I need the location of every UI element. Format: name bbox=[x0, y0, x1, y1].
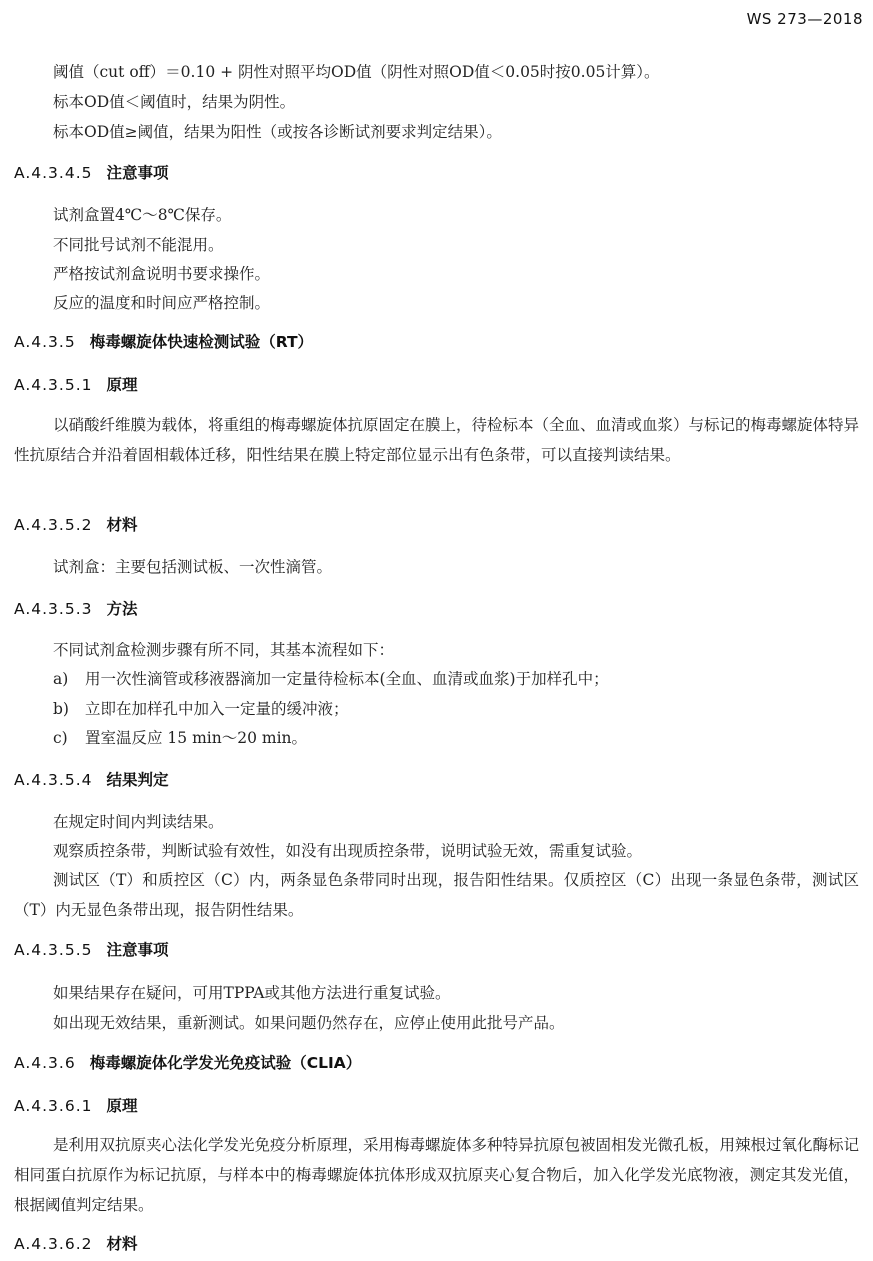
section-number: A.4.3.6.1 bbox=[14, 1097, 93, 1115]
result-line: 在规定时间内判读结果。 bbox=[53, 812, 224, 832]
step-marker: a) bbox=[53, 669, 85, 689]
section-title: 结果判定 bbox=[107, 771, 169, 789]
note-line: 严格按试剂盒说明书要求操作。 bbox=[53, 264, 270, 284]
section-number: A.4.3.5.4 bbox=[14, 771, 93, 789]
section-number: A.4.3.5.1 bbox=[14, 376, 93, 394]
section-title: 梅毒螺旋体快速检测试验（RT） bbox=[90, 333, 313, 351]
note-line: 试剂盒置4℃～8℃保存。 bbox=[53, 205, 231, 225]
section-number: A.4.3.5.5 bbox=[14, 941, 93, 959]
section-heading-a4354: A.4.3.5.4结果判定 bbox=[14, 770, 169, 790]
section-title: 材料 bbox=[107, 516, 138, 534]
cutoff-formula-line: 阈值（cut off）＝0.10 + 阴性对照平均OD值（阴性对照OD值＜0.0… bbox=[53, 62, 660, 82]
section-number: A.4.3.4.5 bbox=[14, 164, 93, 182]
section-number: A.4.3.5.2 bbox=[14, 516, 93, 534]
result-paragraph: 测试区（T）和质控区（C）内，两条显色条带同时出现，报告阳性结果。仅质控区（C）… bbox=[14, 865, 859, 925]
section-title: 原理 bbox=[107, 1097, 138, 1115]
section-heading-a4362: A.4.3.6.2材料 bbox=[14, 1234, 138, 1254]
step-text: 立即在加样孔中加入一定量的缓冲液； bbox=[85, 700, 349, 718]
method-intro: 不同试剂盒检测步骤有所不同，其基本流程如下： bbox=[53, 640, 394, 660]
materials-line: 试剂盒：主要包括测试板、一次性滴管。 bbox=[53, 557, 332, 577]
section-number: A.4.3.6.2 bbox=[14, 1235, 93, 1253]
positive-result-line: 标本OD值≥阈值，结果为阳性（或按各诊断试剂要求判定结果）。 bbox=[53, 122, 502, 142]
section-heading-a4351: A.4.3.5.1原理 bbox=[14, 375, 138, 395]
section-heading-a435: A.4.3.5梅毒螺旋体快速检测试验（RT） bbox=[14, 332, 313, 352]
section-heading-a436: A.4.3.6梅毒螺旋体化学发光免疫试验（CLIA） bbox=[14, 1053, 361, 1073]
principle-paragraph: 是利用双抗原夹心法化学发光免疫分析原理，采用梅毒螺旋体多种特异抗原包被固相发光微… bbox=[14, 1130, 859, 1220]
section-number: A.4.3.6 bbox=[14, 1054, 76, 1072]
step-marker: c) bbox=[53, 728, 85, 748]
section-title: 梅毒螺旋体化学发光免疫试验（CLIA） bbox=[90, 1054, 362, 1072]
result-line: 观察质控条带，判断试验有效性，如没有出现质控条带，说明试验无效，需重复试验。 bbox=[53, 841, 642, 861]
section-heading-a4345: A.4.3.4.5注意事项 bbox=[14, 163, 169, 183]
method-step: a)用一次性滴管或移液器滴加一定量待检标本(全血、血清或血浆)于加样孔中； bbox=[53, 669, 609, 689]
section-title: 注意事项 bbox=[107, 941, 169, 959]
note-line: 反应的温度和时间应严格控制。 bbox=[53, 293, 270, 313]
section-title: 方法 bbox=[107, 600, 138, 618]
section-number: A.4.3.5 bbox=[14, 333, 76, 351]
section-heading-a4352: A.4.3.5.2材料 bbox=[14, 515, 138, 535]
standard-code: WS 273—2018 bbox=[747, 10, 863, 28]
section-number: A.4.3.5.3 bbox=[14, 600, 93, 618]
note-line: 不同批号试剂不能混用。 bbox=[53, 235, 224, 255]
negative-result-line: 标本OD值＜阈值时，结果为阴性。 bbox=[53, 92, 295, 112]
section-heading-a4361: A.4.3.6.1原理 bbox=[14, 1096, 138, 1116]
note-line: 如出现无效结果，重新测试。如果问题仍然存在，应停止使用此批号产品。 bbox=[53, 1013, 565, 1033]
section-title: 原理 bbox=[107, 376, 138, 394]
section-title: 注意事项 bbox=[107, 164, 169, 182]
step-text: 置室温反应 15 min～20 min。 bbox=[85, 729, 307, 747]
step-marker: b) bbox=[53, 699, 85, 719]
section-title: 材料 bbox=[107, 1235, 138, 1253]
note-line: 如果结果存在疑问，可用TPPA或其他方法进行重复试验。 bbox=[53, 983, 450, 1003]
method-step: b)立即在加样孔中加入一定量的缓冲液； bbox=[53, 699, 349, 719]
method-step: c)置室温反应 15 min～20 min。 bbox=[53, 728, 307, 748]
section-heading-a4355: A.4.3.5.5注意事项 bbox=[14, 940, 169, 960]
step-text: 用一次性滴管或移液器滴加一定量待检标本(全血、血清或血浆)于加样孔中； bbox=[85, 670, 609, 688]
section-heading-a4353: A.4.3.5.3方法 bbox=[14, 599, 138, 619]
principle-paragraph: 以硝酸纤维膜为载体，将重组的梅毒螺旋体抗原固定在膜上，待检标本（全血、血清或血浆… bbox=[14, 410, 859, 470]
